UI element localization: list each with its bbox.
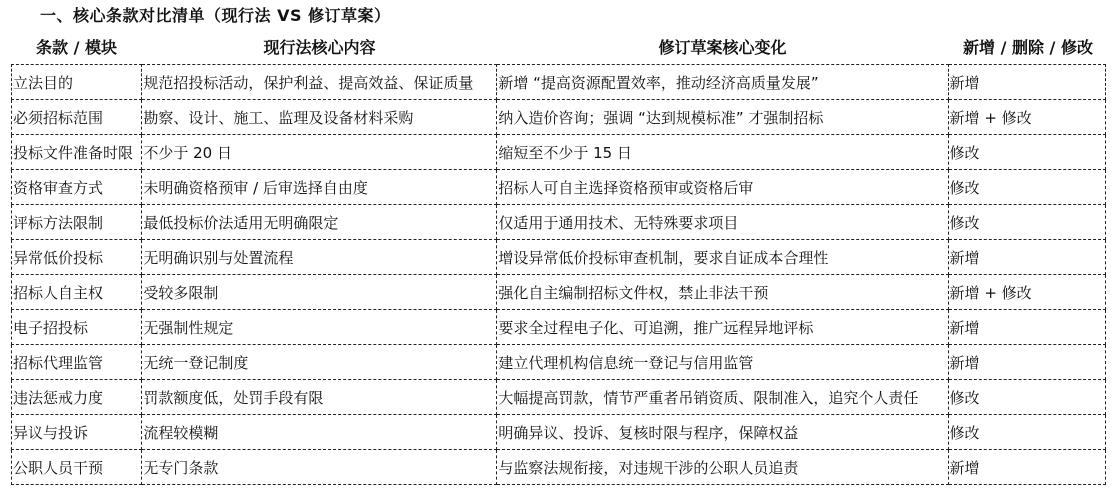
change-type-cell: 新增 xyxy=(948,65,1105,100)
table-row: 立法目的规范招投标活动，保护利益、提高效益、保证质量新增 “提高资源配置效率，推… xyxy=(12,65,1106,100)
current-law-cell: 不少于 20 日 xyxy=(142,135,497,170)
table-row: 公职人员干预无专门条款与监察法规衔接，对违规干涉的公职人员追责新增 xyxy=(12,450,1106,485)
change-type-cell: 新增 + 修改 xyxy=(948,275,1105,310)
current-law-cell: 勘察、设计、施工、监理及设备材料采购 xyxy=(142,100,497,135)
header-change-type: 新增 / 删除 / 修改 xyxy=(948,34,1108,62)
change-type-cell: 修改 xyxy=(948,170,1105,205)
clause-cell: 立法目的 xyxy=(12,65,142,100)
draft-change-cell: 强化自主编制招标文件权，禁止非法干预 xyxy=(497,275,948,310)
draft-change-cell: 与监察法规衔接，对违规干涉的公职人员追责 xyxy=(497,450,948,485)
clause-cell: 评标方法限制 xyxy=(12,205,142,240)
clause-cell: 电子招投标 xyxy=(12,310,142,345)
table-row: 招标代理监管无统一登记制度建立代理机构信息统一登记与信用监管新增 xyxy=(12,345,1106,380)
section-title: 一、核心条款对比清单（现行法 VS 修订草案） xyxy=(40,3,391,26)
current-law-cell: 未明确资格预审 / 后审选择自由度 xyxy=(142,170,497,205)
table-row: 异常低价投标无明确识别与处置流程增设异常低价投标审查机制，要求自证成本合理性新增 xyxy=(12,240,1106,275)
clause-cell: 招标代理监管 xyxy=(12,345,142,380)
draft-change-cell: 增设异常低价投标审查机制，要求自证成本合理性 xyxy=(497,240,948,275)
header-clause: 条款 / 模块 xyxy=(11,34,142,62)
draft-change-cell: 仅适用于通用技术、无特殊要求项目 xyxy=(497,205,948,240)
current-law-cell: 受较多限制 xyxy=(142,275,497,310)
draft-change-cell: 纳入造价咨询；强调 “达到规模标准” 才强制招标 xyxy=(497,100,948,135)
change-type-cell: 修改 xyxy=(948,205,1105,240)
current-law-cell: 无专门条款 xyxy=(142,450,497,485)
change-type-cell: 新增 xyxy=(948,310,1105,345)
clause-cell: 招标人自主权 xyxy=(12,275,142,310)
current-law-cell: 无强制性规定 xyxy=(142,310,497,345)
header-draft-changes: 修订草案核心变化 xyxy=(497,34,948,62)
change-type-cell: 新增 xyxy=(948,450,1105,485)
draft-change-cell: 新增 “提高资源配置效率，推动经济高质量发展” xyxy=(497,65,948,100)
draft-change-cell: 建立代理机构信息统一登记与信用监管 xyxy=(497,345,948,380)
draft-change-cell: 缩短至不少于 15 日 xyxy=(497,135,948,170)
table-row: 电子招投标无强制性规定要求全过程电子化、可追溯，推广远程异地评标新增 xyxy=(12,310,1106,345)
current-law-cell: 罚款额度低，处罚手段有限 xyxy=(142,380,497,415)
current-law-cell: 最低投标价法适用无明确限定 xyxy=(142,205,497,240)
change-type-cell: 新增 xyxy=(948,240,1105,275)
draft-change-cell: 大幅提高罚款，情节严重者吊销资质、限制准入，追究个人责任 xyxy=(497,380,948,415)
table-row: 异议与投诉流程较模糊明确异议、投诉、复核时限与程序，保障权益修改 xyxy=(12,415,1106,450)
table-header: 条款 / 模块 现行法核心内容 修订草案核心变化 新增 / 删除 / 修改 xyxy=(11,34,1107,62)
draft-change-cell: 明确异议、投诉、复核时限与程序，保障权益 xyxy=(497,415,948,450)
comparison-table: 立法目的规范招投标活动，保护利益、提高效益、保证质量新增 “提高资源配置效率，推… xyxy=(11,64,1106,485)
change-type-cell: 修改 xyxy=(948,135,1105,170)
clause-cell: 异议与投诉 xyxy=(12,415,142,450)
table-row: 违法惩戒力度罚款额度低，处罚手段有限大幅提高罚款，情节严重者吊销资质、限制准入，… xyxy=(12,380,1106,415)
current-law-cell: 规范招投标活动，保护利益、提高效益、保证质量 xyxy=(142,65,497,100)
current-law-cell: 无统一登记制度 xyxy=(142,345,497,380)
table-row: 投标文件准备时限不少于 20 日缩短至不少于 15 日修改 xyxy=(12,135,1106,170)
clause-cell: 公职人员干预 xyxy=(12,450,142,485)
clause-cell: 必须招标范围 xyxy=(12,100,142,135)
header-current-law: 现行法核心内容 xyxy=(142,34,497,62)
current-law-cell: 无明确识别与处置流程 xyxy=(142,240,497,275)
change-type-cell: 修改 xyxy=(948,380,1105,415)
table-row: 必须招标范围勘察、设计、施工、监理及设备材料采购纳入造价咨询；强调 “达到规模标… xyxy=(12,100,1106,135)
clause-cell: 违法惩戒力度 xyxy=(12,380,142,415)
clause-cell: 异常低价投标 xyxy=(12,240,142,275)
change-type-cell: 新增 + 修改 xyxy=(948,100,1105,135)
table-row: 评标方法限制最低投标价法适用无明确限定仅适用于通用技术、无特殊要求项目修改 xyxy=(12,205,1106,240)
table-row: 招标人自主权受较多限制强化自主编制招标文件权，禁止非法干预新增 + 修改 xyxy=(12,275,1106,310)
draft-change-cell: 要求全过程电子化、可追溯，推广远程异地评标 xyxy=(497,310,948,345)
table-row: 资格审查方式未明确资格预审 / 后审选择自由度招标人可自主选择资格预审或资格后审… xyxy=(12,170,1106,205)
clause-cell: 投标文件准备时限 xyxy=(12,135,142,170)
current-law-cell: 流程较模糊 xyxy=(142,415,497,450)
clause-cell: 资格审查方式 xyxy=(12,170,142,205)
change-type-cell: 修改 xyxy=(948,415,1105,450)
draft-change-cell: 招标人可自主选择资格预审或资格后审 xyxy=(497,170,948,205)
change-type-cell: 新增 xyxy=(948,345,1105,380)
